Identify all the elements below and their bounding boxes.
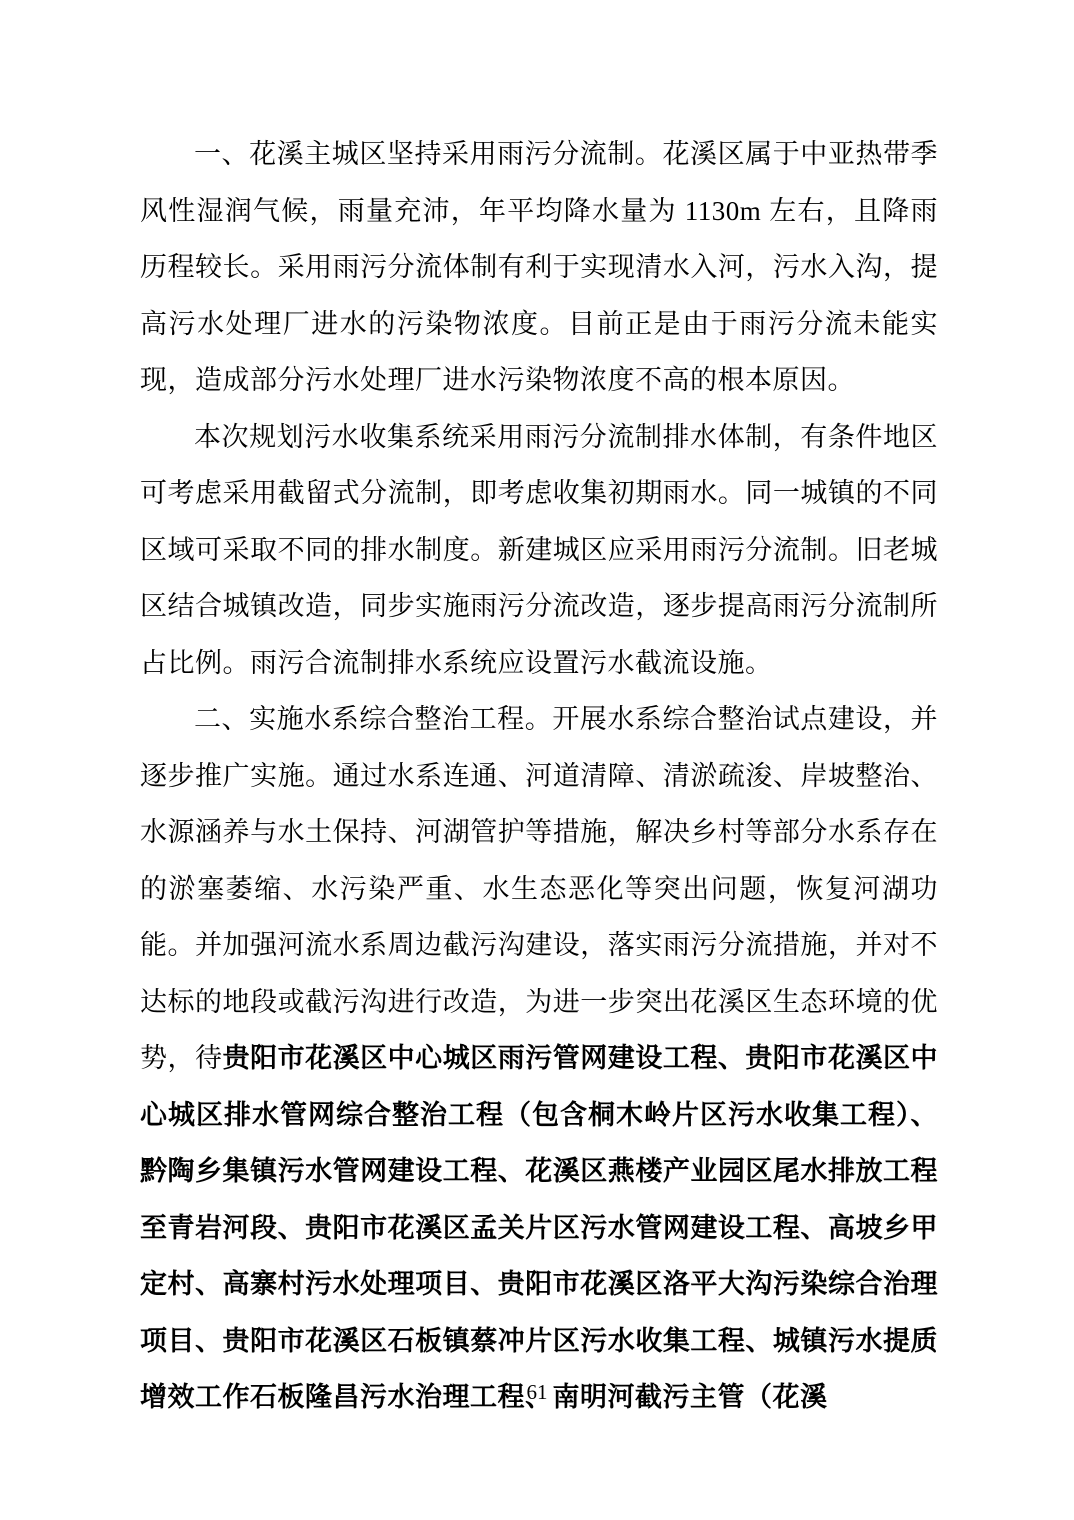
document-page: 一、花溪主城区坚持采用雨污分流制。花溪区属于中亚热带季风性湿润气候，雨量充沛，年…	[0, 0, 1074, 1520]
paragraph-water-system-regulation-normal-text: 二、实施水系综合整治工程。开展水系综合整治试点建设，并逐步推广实施。通过水系连通…	[140, 704, 938, 1073]
paragraph-drainage-system-plan: 本次规划污水收集系统采用雨污分流制排水体制，有条件地区可考虑采用截留式分流制，即…	[140, 409, 938, 692]
text-block: 一、花溪主城区坚持采用雨污分流制。花溪区属于中亚热带季风性湿润气候，雨量充沛，年…	[140, 126, 938, 1426]
paragraph-water-system-regulation: 二、实施水系综合整治工程。开展水系综合整治试点建设，并逐步推广实施。通过水系连通…	[140, 691, 938, 1426]
paragraph-project-list-bold-text: 贵阳市花溪区中心城区雨污管网建设工程、贵阳市花溪区中心城区排水管网综合整治工程（…	[140, 1043, 938, 1412]
page-number: 61	[0, 1378, 1074, 1406]
paragraph-rain-sewage-diversion: 一、花溪主城区坚持采用雨污分流制。花溪区属于中亚热带季风性湿润气候，雨量充沛，年…	[140, 126, 938, 409]
